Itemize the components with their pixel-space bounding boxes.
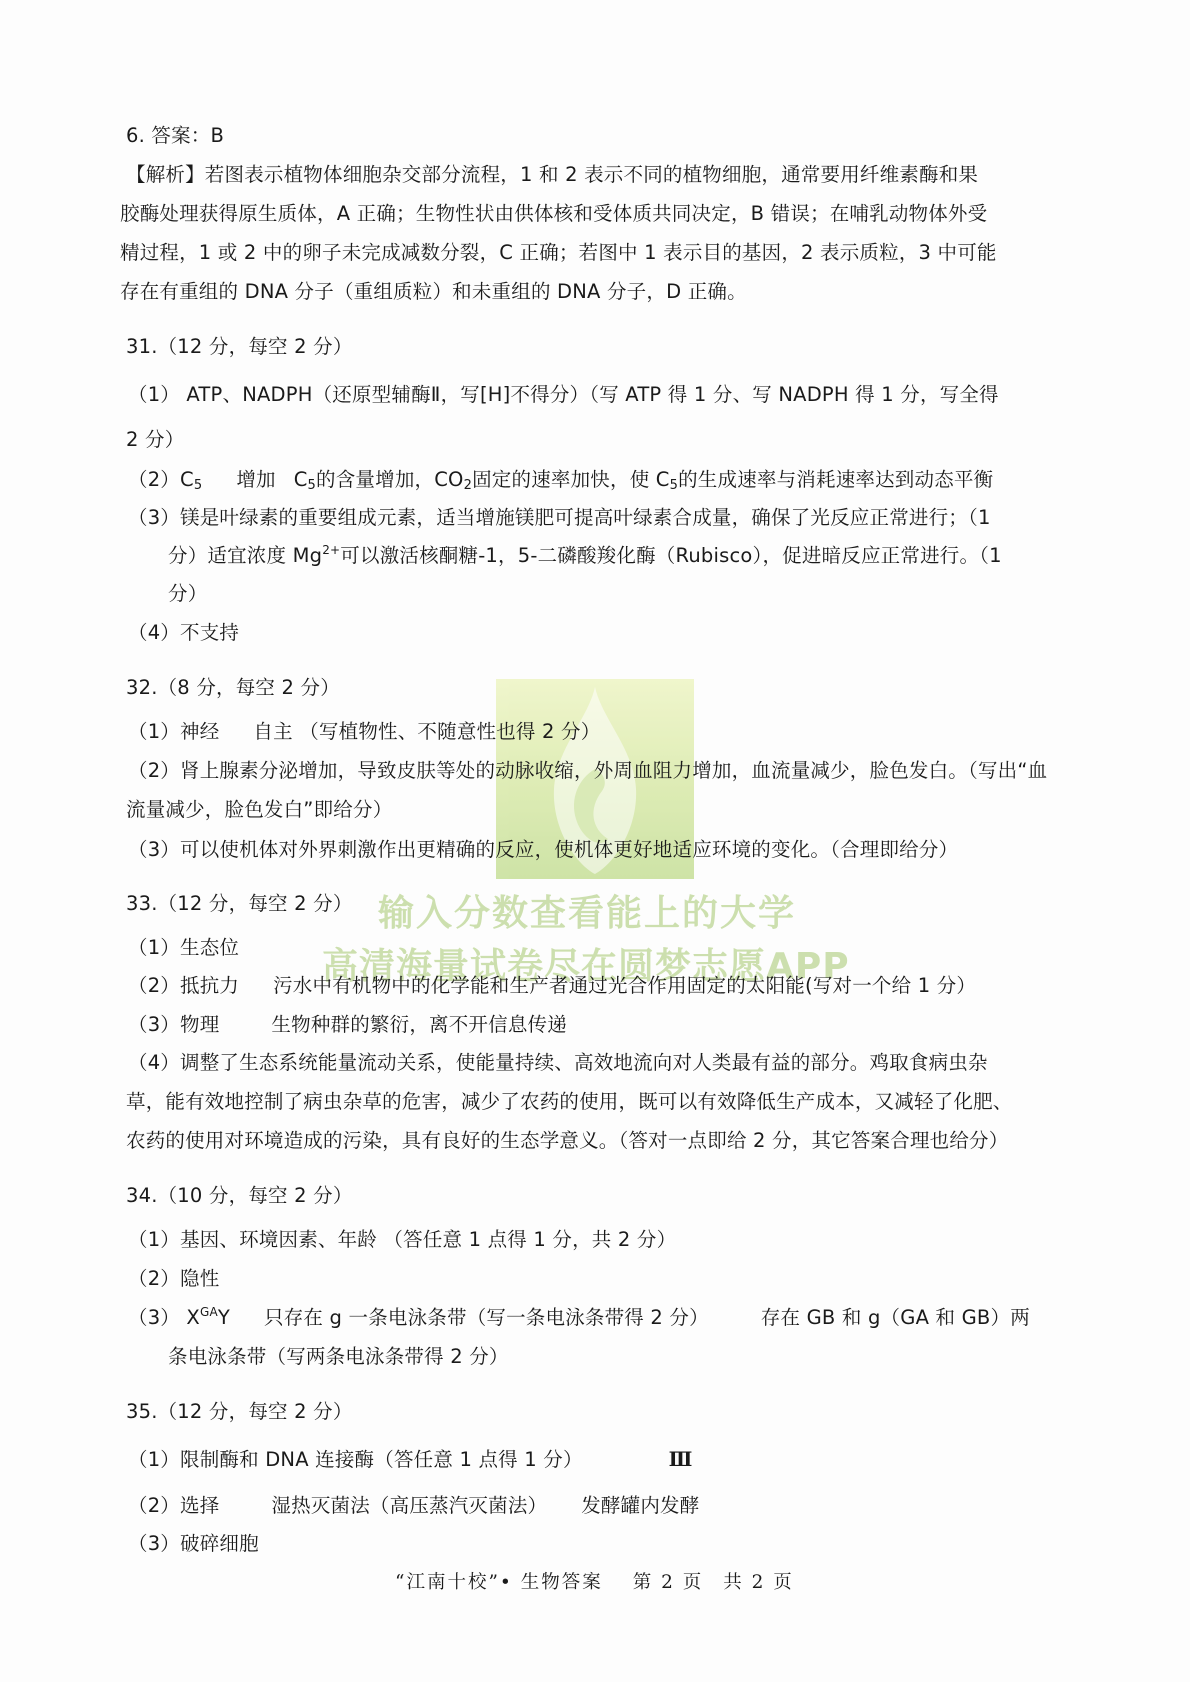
text: （1）神经 (128, 720, 219, 743)
q6-analysis-line: 胶酶处理获得原生质体，A 正确；生物性状由供体核和受体质共同决定，B 错误；在哺… (120, 201, 987, 227)
text: Y (218, 1306, 230, 1329)
footer-title: “江南十校”• 生物答案 (395, 1572, 603, 1593)
q31-part3-line2: 分）适宜浓度 Mg2+可以激活核酮糖-1，5-二磷酸羧化酶（Rubisco），促… (168, 543, 1002, 569)
page-footer: “江南十校”• 生物答案第 2 页共 2 页 (395, 1568, 794, 1594)
q33-part2: （2）抵抗力污水中有机物中的化学能和生产者通过光合作用固定的太阳能(写对一个给 … (128, 973, 976, 999)
q6-answer: 6. 答案：B (126, 123, 224, 149)
q6-analysis-line: 存在有重组的 DNA 分子（重组质粒）和未重组的 DNA 分子，D 正确。 (120, 279, 747, 305)
q34-part3-line2: 条电泳条带（写两条电泳条带得 2 分） (168, 1344, 509, 1370)
q31-part2-label: （2）C (128, 468, 194, 491)
q6-analysis-line: 精过程，1 或 2 中的卵子未完成减数分裂，C 正确；若图中 1 表示目的基因，… (120, 240, 997, 266)
q31-part4: （4）不支持 (128, 620, 239, 646)
answer-content: 6. 答案：B 【解析】若图表示植物体细胞杂交部分流程，1 和 2 表示不同的植… (0, 0, 1190, 1682)
q32-part2-line1: （2）肾上腺素分泌增加，导致皮肤等处的动脉收缩，外周血阻力增加，血流量减少，脸色… (128, 758, 1047, 784)
q33-part3: （3）物理生物种群的繁衍，离不开信息传递 (128, 1012, 567, 1038)
q34-part3-line1: （3） XGAY只存在 g 一条电泳条带（写一条电泳条带得 2 分）存在 GB … (128, 1305, 1030, 1331)
text: 的含量增加，CO (316, 468, 464, 491)
q32-part3: （3）可以使机体对外界刺激作出更精确的反应，使机体更好地适应环境的变化。（合理即… (128, 837, 958, 863)
footer-page-number: 第 2 页 (633, 1572, 704, 1593)
q32-header: 32.（8 分，每空 2 分） (126, 675, 340, 701)
subscript: 5 (194, 478, 202, 493)
q31-part2-answer: 增加 (236, 468, 275, 491)
q33-part4-line1: （4）调整了生态系统能量流动关系，使能量持续、高效地流向对人类最有益的部分。鸡取… (128, 1050, 988, 1076)
q31-part3-line1: （3）镁是叶绿素的重要组成元素，适当增施镁肥可提高叶绿素合成量，确保了光反应正常… (128, 505, 991, 531)
q32-part2-line2: 流量减少，脸色发白”即给分） (126, 797, 392, 823)
q6-analysis-line: 【解析】若图表示植物体细胞杂交部分流程，1 和 2 表示不同的植物细胞，通常要用… (126, 162, 978, 188)
q31-part1-line2: 2 分） (126, 427, 184, 453)
text: 分）适宜浓度 Mg (168, 544, 322, 567)
text: 的生成速率与消耗速率达到动态平衡 (678, 468, 993, 491)
q34-part2: （2）隐性 (128, 1266, 219, 1292)
text: 固定的速率加快，使 C (472, 468, 670, 491)
footer-total-pages: 共 2 页 (723, 1572, 794, 1593)
text: 只存在 g 一条电泳条带（写一条电泳条带得 2 分） (264, 1306, 709, 1329)
subscript: 2 (464, 478, 472, 493)
text: 污水中有机物中的化学能和生产者通过光合作用固定的太阳能(写对一个给 1 分） (273, 974, 976, 997)
text: 存在 GB 和 g（GA 和 GB）两 (761, 1306, 1030, 1329)
q31-part1-line1: （1） ATP、NADPH（还原型辅酶Ⅱ，写[H]不得分）（写 ATP 得 1 … (128, 382, 999, 408)
q33-header: 33.（12 分，每空 2 分） (126, 891, 353, 917)
text: 生物种群的繁衍，离不开信息传递 (271, 1013, 567, 1036)
text: （2）抵抗力 (128, 974, 239, 997)
superscript: GA (200, 1305, 218, 1319)
q32-part1: （1）神经自主 （写植物性、不随意性也得 2 分） (128, 719, 600, 745)
text: C (294, 468, 308, 491)
text: （2）选择 (128, 1494, 219, 1517)
text: 可以激活核酮糖-1，5-二磷酸羧化酶（Rubisco），促进暗反应正常进行。（1 (340, 544, 1001, 567)
q35-part3: （3）破碎细胞 (128, 1531, 259, 1557)
text: 发酵罐内发酵 (581, 1494, 699, 1517)
q33-part1: （1）生态位 (128, 935, 239, 961)
text: 湿热灭菌法（高压蒸汽灭菌法） (271, 1494, 547, 1517)
q34-part1: （1）基因、环境因素、年龄 （答任意 1 点得 1 分，共 2 分） (128, 1227, 676, 1253)
text: （3） X (128, 1306, 200, 1329)
q35-header: 35.（12 分，每空 2 分） (126, 1399, 353, 1425)
text: Ⅲ (669, 1448, 693, 1471)
q33-part4-line2: 草，能有效地控制了病虫杂草的危害，减少了农药的使用，既可以有效降低生产成本，又减… (126, 1089, 1013, 1115)
subscript: 5 (670, 478, 678, 493)
text: （3）物理 (128, 1013, 219, 1036)
q31-header: 31.（12 分，每空 2 分） (126, 334, 353, 360)
q31-part2: （2）C5增加C5的含量增加，CO2固定的速率加快，使 C5的生成速率与消耗速率… (128, 467, 993, 493)
q35-part2: （2）选择湿热灭菌法（高压蒸汽灭菌法）发酵罐内发酵 (128, 1493, 699, 1519)
superscript: 2+ (322, 543, 340, 557)
text: （1）限制酶和 DNA 连接酶（答任意 1 点得 1 分） (128, 1448, 583, 1471)
text: 自主 （写植物性、不随意性也得 2 分） (253, 720, 600, 743)
q31-part3-line3: 分） (168, 581, 207, 607)
q34-header: 34.（10 分，每空 2 分） (126, 1183, 353, 1209)
q33-part4-line3: 农药的使用对环境造成的污染，具有良好的生态学意义。（答对一点即给 2 分，其它答… (126, 1128, 1008, 1154)
subscript: 5 (308, 478, 316, 493)
q35-part1: （1）限制酶和 DNA 连接酶（答任意 1 点得 1 分）Ⅲ (128, 1447, 693, 1473)
document-page: 输入分数查看能上的大学 高清海量试卷尽在圆梦志愿APP 6. 答案：B 【解析】… (0, 0, 1190, 1682)
